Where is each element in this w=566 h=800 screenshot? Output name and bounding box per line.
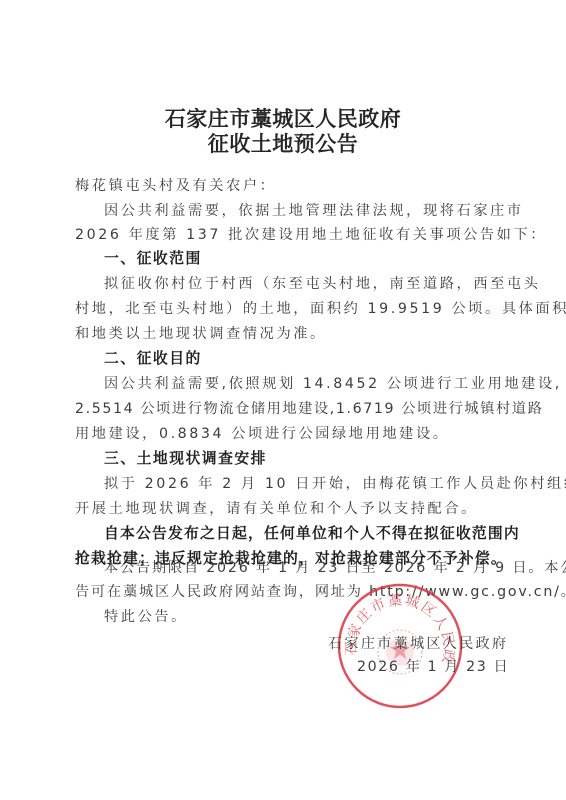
warning-line-1: 自本公告发布之日起，任何单位和个人不得在拟征收范围内	[104, 524, 524, 544]
section-1-line-1: 拟征收你村位于村西（东至屯头村地，南至道路，西至屯头	[104, 274, 524, 294]
announcement-page: 石家庄市藁城区人民政府 征收土地预公告 梅花镇屯头村及有关农户： 因公共利益需要…	[0, 0, 566, 800]
greeting: 梅花镇屯头村及有关农户：	[75, 176, 495, 196]
signature-issuer: 石家庄市藁城区人民政府	[328, 633, 508, 653]
section-3-line-1: 拟于 2026 年 2 月 10 日开始，由梅花镇工作人员赴你村组织	[104, 474, 524, 494]
document-title-line2: 征收土地预公告	[0, 128, 566, 158]
signature-date: 2026 年 1 月 23 日	[357, 656, 509, 676]
section-2-line-2: 2.5514 公顷进行物流仓储用地建设,1.6719 公顷进行城镇村道路	[75, 399, 495, 419]
period-line-1: 本公告期限自 2026 年 1 月 23 日至 2026 年 2 月 9 日。本…	[104, 558, 524, 578]
section-1-line-3: 和地类以土地现状调查情况为准。	[75, 324, 495, 344]
section-2-line-1: 因公共利益需要,依照规划 14.8452 公顷进行工业用地建设,	[104, 374, 524, 394]
section-3-line-2: 开展土地现状调查，请有关单位和个人予以支持配合。	[75, 499, 495, 519]
section-2-line-3: 用地建设，0.8834 公顷进行公园绿地用地建设。	[75, 424, 495, 444]
intro-line-2: 2026 年度第 137 批次建设用地土地征收有关事项公告如下：	[75, 225, 495, 245]
section-2-heading: 二、征收目的	[104, 349, 524, 369]
section-1-heading: 一、征收范围	[104, 249, 524, 269]
intro-line-1: 因公共利益需要，依据土地管理法律法规，现将石家庄市	[104, 201, 524, 221]
section-1-line-2: 村地，北至屯头村地）的土地，面积约 19.9519 公顷。具体面积	[75, 299, 495, 319]
section-3-heading: 三、土地现状调查安排	[104, 449, 524, 469]
